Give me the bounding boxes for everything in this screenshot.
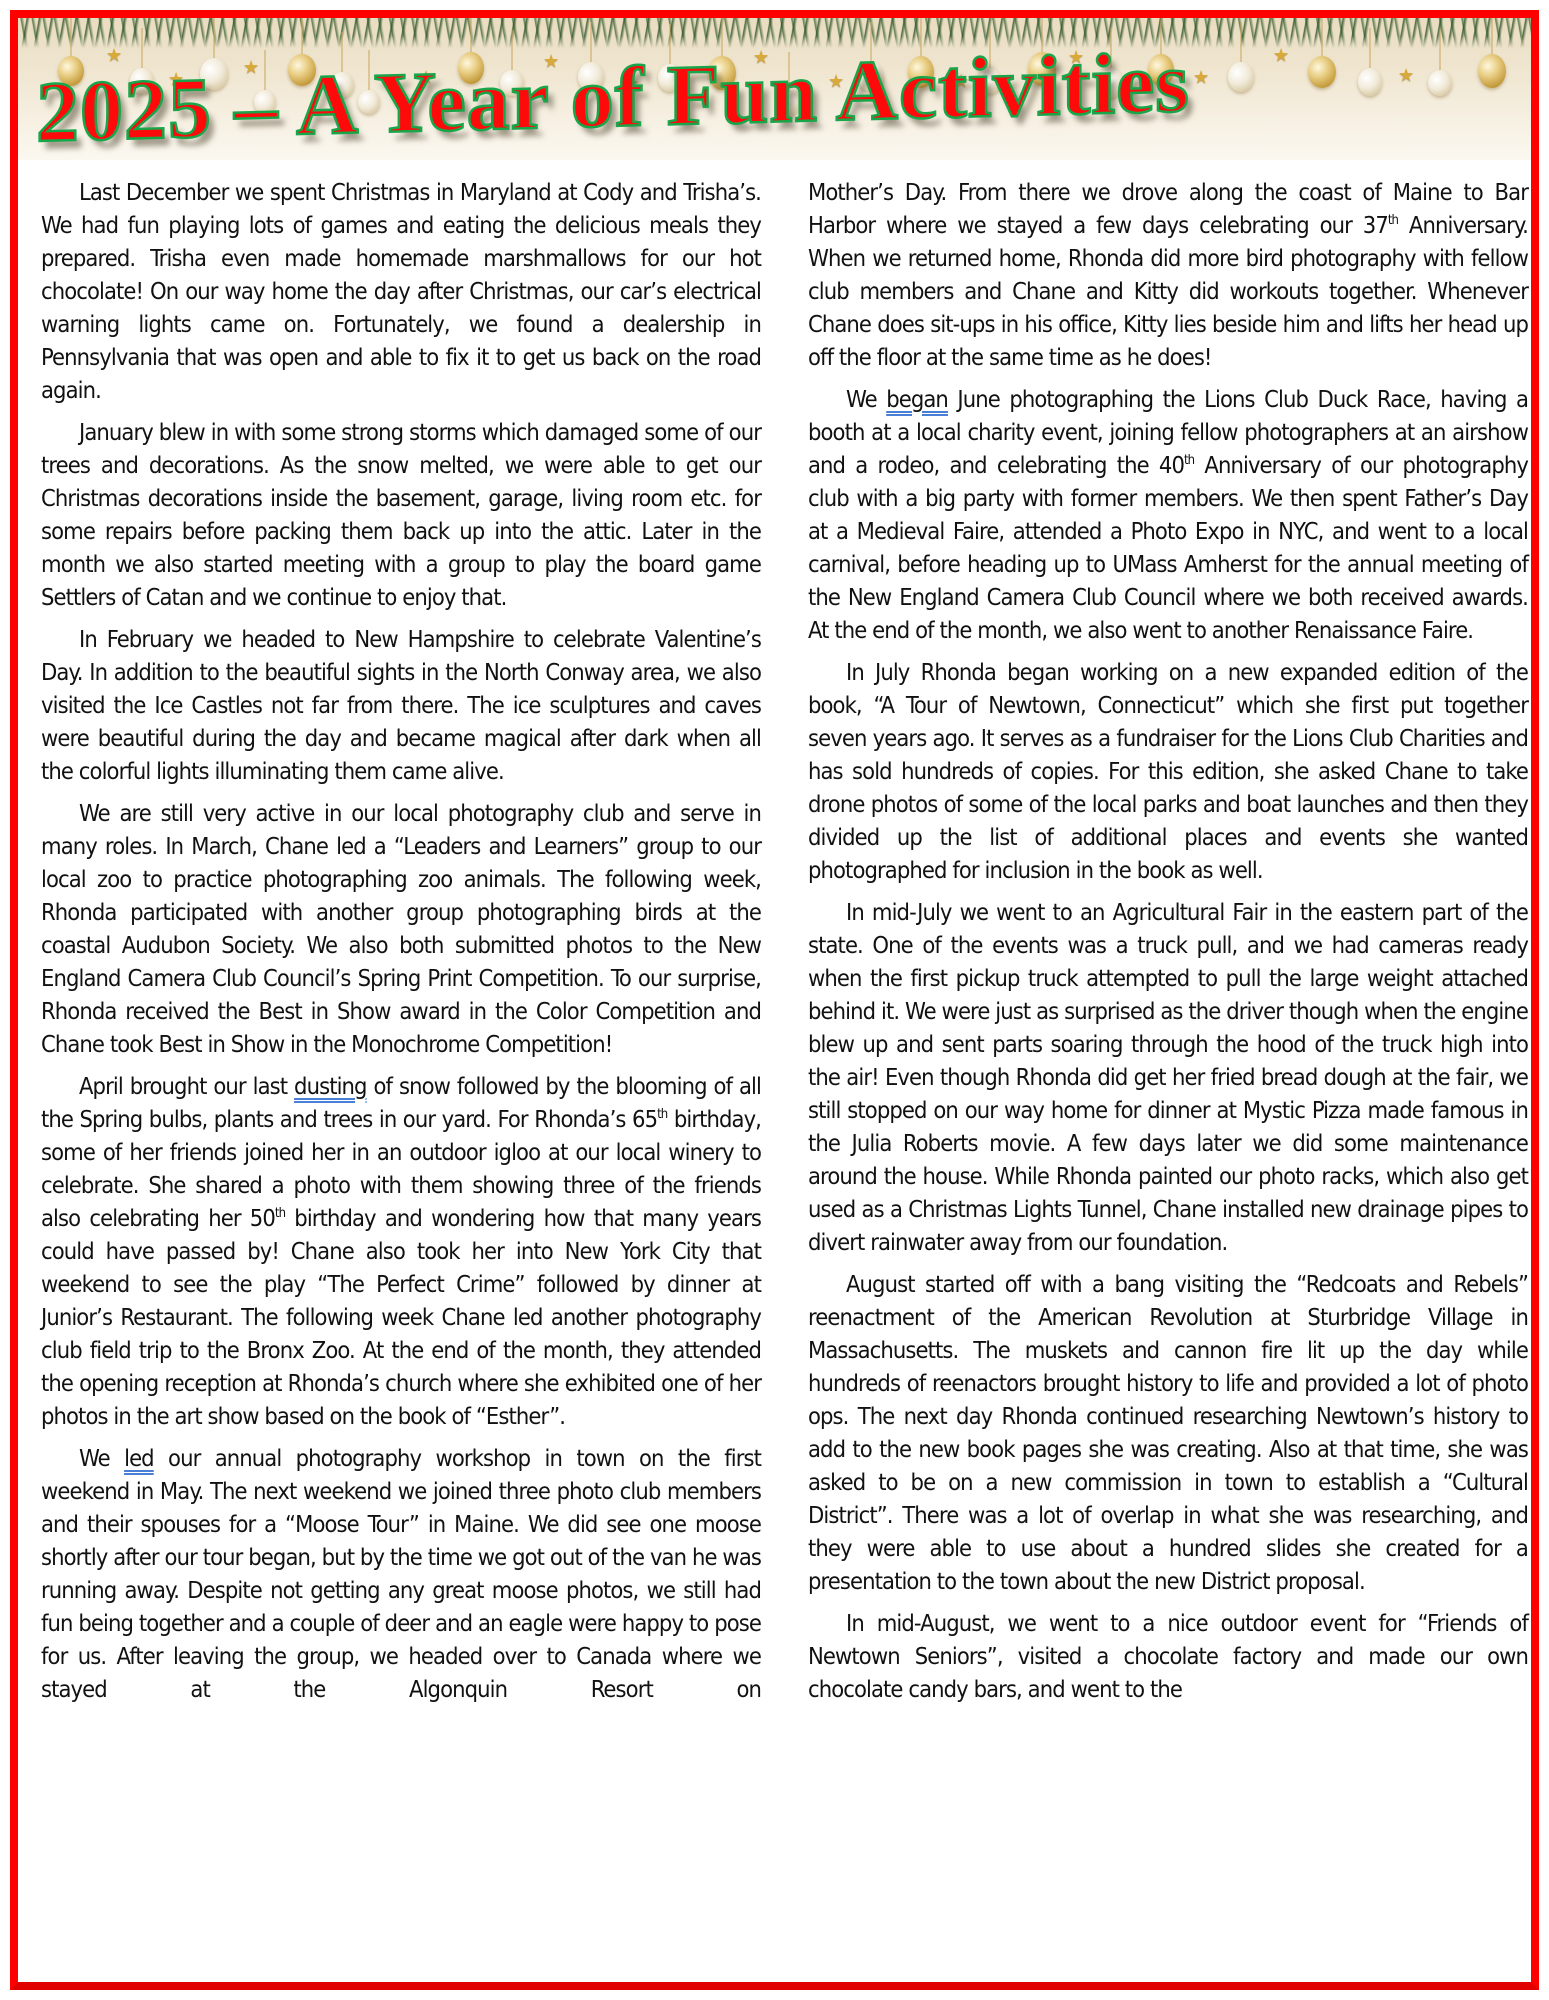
paragraph-december: Last December we spent Christmas in Mary… [41,176,761,407]
paragraph-may: We led our annual photography workshop i… [41,1442,761,1706]
paragraph-may-continued: Mother’s Day. From there we drove along … [808,176,1528,374]
paragraph-july: In July Rhonda began working on a new ex… [808,656,1528,887]
paragraph-june: We began June photographing the Lions Cl… [808,383,1528,647]
spellcheck-underlined-word: led [124,1444,154,1472]
paragraph-mid-august: In mid-August, we went to a nice outdoor… [808,1607,1528,1706]
header-banner: ★ ★ ★ ★ ★ ★ ★ ★ ★ ★ [18,18,1531,160]
spellcheck-underlined-word: dusting [294,1072,367,1100]
right-column: Mother’s Day. From there we drove along … [808,176,1528,1715]
spellcheck-underlined-word: began [886,385,948,413]
paragraph-mid-july: In mid-July we went to an Agricultural F… [808,896,1528,1259]
paragraph-january: January blew in with some strong storms … [41,416,761,614]
left-column: Last December we spent Christmas in Mary… [41,176,761,1715]
paragraph-march: We are still very active in our local ph… [41,797,761,1061]
paragraph-april: April brought our last dusting of snow f… [41,1070,761,1433]
paragraph-august: August started off with a bang visiting … [808,1268,1528,1598]
page-border-frame: ★ ★ ★ ★ ★ ★ ★ ★ ★ ★ [10,10,1539,1990]
paragraph-february: In February we headed to New Hampshire t… [41,623,761,788]
